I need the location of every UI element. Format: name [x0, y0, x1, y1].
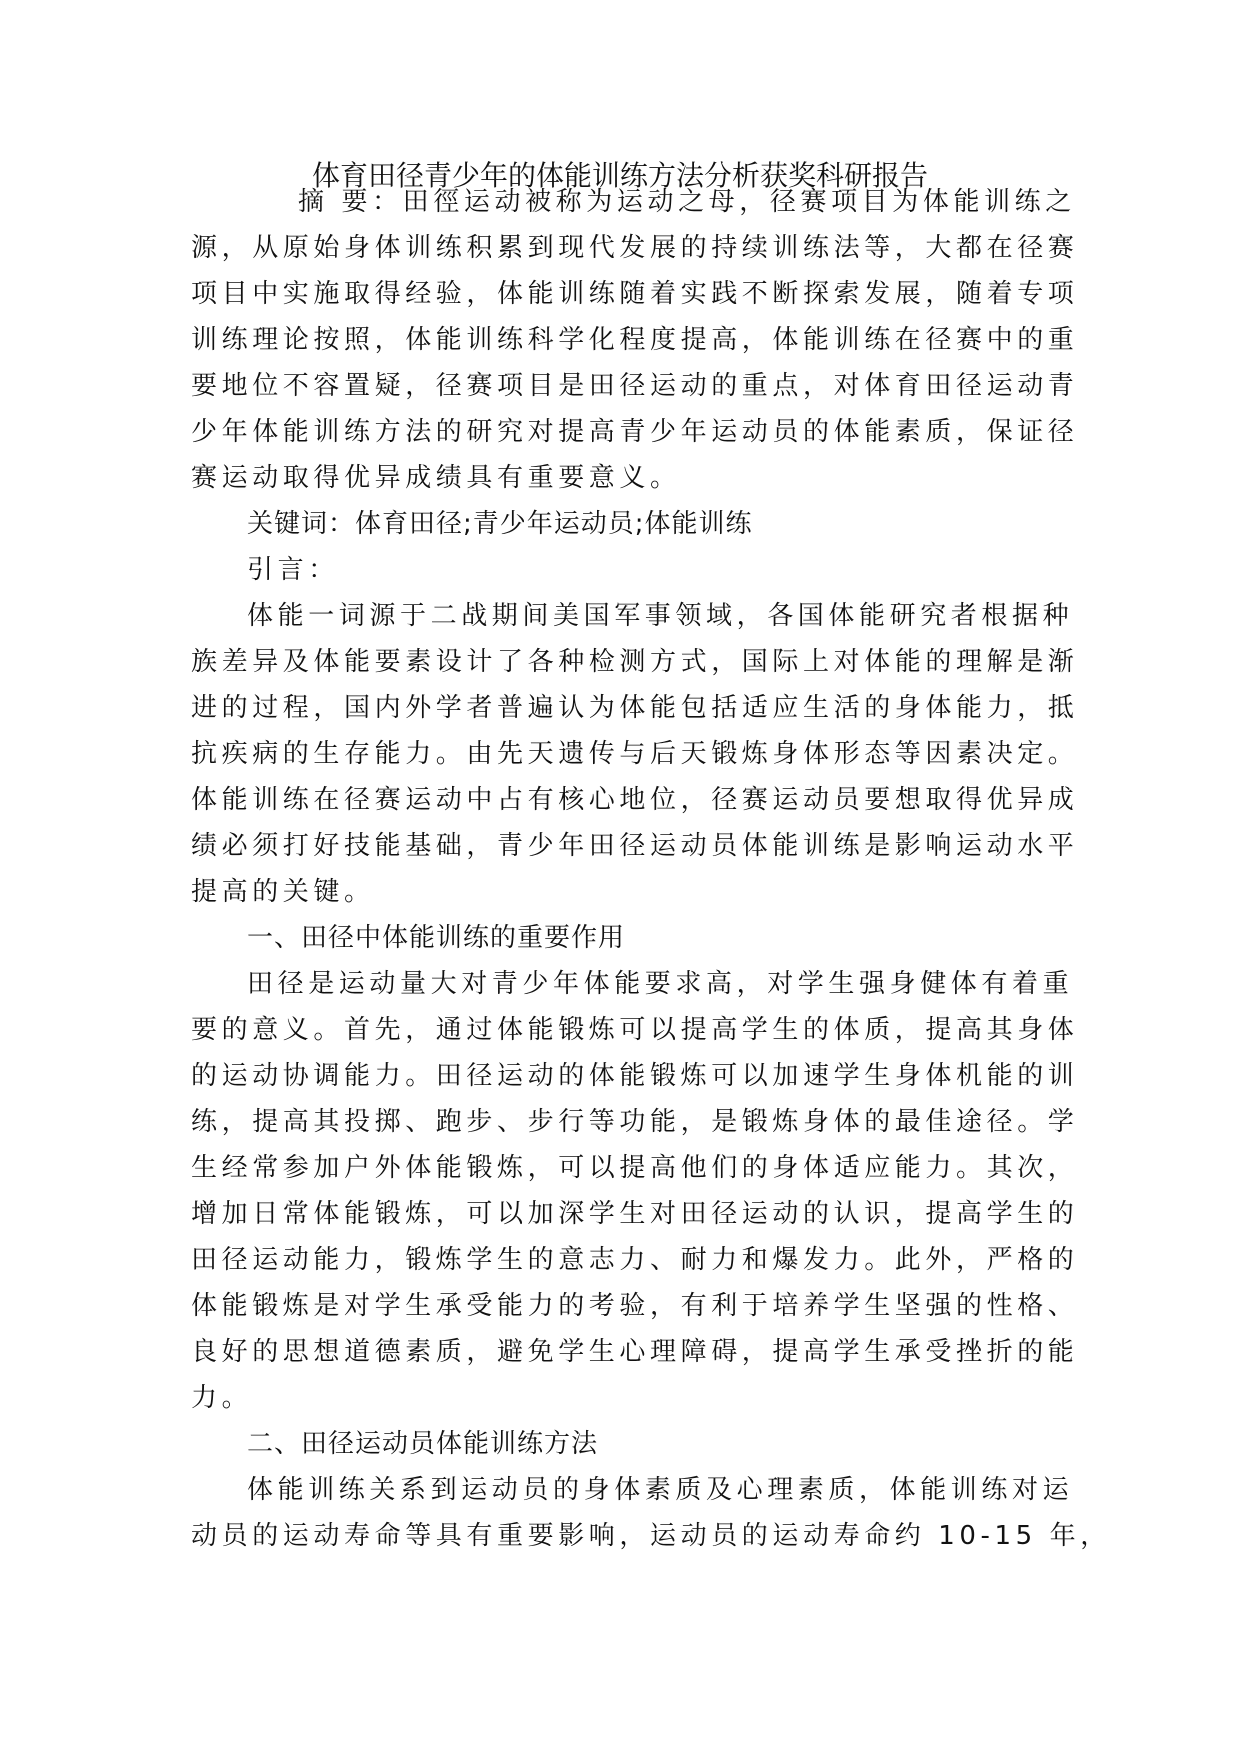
abstract-line: 项目中实施取得经验，体能训练随着实践不断探索发展，随着专项 — [191, 277, 1078, 311]
section1-line: 田径运动能力，锻炼学生的意志力、耐力和爆发力。此外，严格的 — [191, 1243, 1078, 1277]
intro-line: 族差异及体能要素设计了各种检测方式，国际上对体能的理解是渐 — [191, 645, 1078, 679]
document-page: 体育田径青少年的体能训练方法分析获奖科研报告 摘 要：田徑运动被称为运动之母，径… — [0, 0, 1240, 1753]
section1-line: 生经常参加户外体能锻炼，可以提高他们的身体适应能力。其次， — [191, 1151, 1078, 1185]
section1-line: 良好的思想道德素质，避免学生心理障碍，提高学生承受挫折的能 — [191, 1335, 1078, 1369]
section1-line: 力。 — [191, 1381, 252, 1415]
intro-line: 抗疾病的生存能力。由先天遗传与后天锻炼身体形态等因素决定。 — [191, 737, 1078, 771]
section1-line: 田径是运动量大对青少年体能要求高，对学生强身健体有着重 — [247, 967, 1073, 1001]
intro-heading: 引言： — [247, 553, 339, 587]
abstract-line: 要地位不容置疑，径赛项目是田径运动的重点，对体育田径运动青 — [191, 369, 1078, 403]
section1-line: 练，提高其投掷、跑步、步行等功能，是锻炼身体的最佳途径。学 — [191, 1105, 1078, 1139]
section2-line: 动员的运动寿命等具有重要影响，运动员的运动寿命约 10-15 年， — [191, 1519, 1111, 1553]
section1-heading: 一、田径中体能训练的重要作用 — [247, 921, 625, 955]
section2-heading: 二、田径运动员体能训练方法 — [247, 1427, 598, 1461]
abstract-line: 训练理论按照，体能训练科学化程度提高，体能训练在径赛中的重 — [191, 323, 1078, 357]
section1-line: 体能锻炼是对学生承受能力的考验，有利于培养学生坚强的性格、 — [191, 1289, 1078, 1323]
abstract-line: 摘 要：田徑运动被称为运动之母，径赛项目为体能训练之 — [298, 185, 1076, 219]
section1-line: 要的意义。首先，通过体能锻炼可以提高学生的体质，提高其身体 — [191, 1013, 1078, 1047]
abstract-line: 赛运动取得优异成绩具有重要意义。 — [191, 461, 681, 495]
keywords-line: 关键词：体育田径;青少年运动员;体能训练 — [247, 507, 753, 541]
intro-line: 绩必须打好技能基础，青少年田径运动员体能训练是影响运动水平 — [191, 829, 1078, 863]
intro-line: 体能训练在径赛运动中占有核心地位，径赛运动员要想取得优异成 — [191, 783, 1078, 817]
section1-line: 增加日常体能锻炼，可以加深学生对田径运动的认识，提高学生的 — [191, 1197, 1078, 1231]
intro-line: 体能一词源于二战期间美国军事领域，各国体能研究者根据种 — [247, 599, 1073, 633]
intro-line: 进的过程，国内外学者普遍认为体能包括适应生活的身体能力，抵 — [191, 691, 1078, 725]
abstract-line: 源，从原始身体训练积累到现代发展的持续训练法等，大都在径赛 — [191, 231, 1078, 265]
abstract-line: 少年体能训练方法的研究对提高青少年运动员的体能素质，保证径 — [191, 415, 1078, 449]
section1-line: 的运动协调能力。田径运动的体能锻炼可以加速学生身体机能的训 — [191, 1059, 1078, 1093]
intro-line: 提高的关键。 — [191, 875, 375, 909]
section2-line: 体能训练关系到运动员的身体素质及心理素质，体能训练对运 — [247, 1473, 1073, 1507]
